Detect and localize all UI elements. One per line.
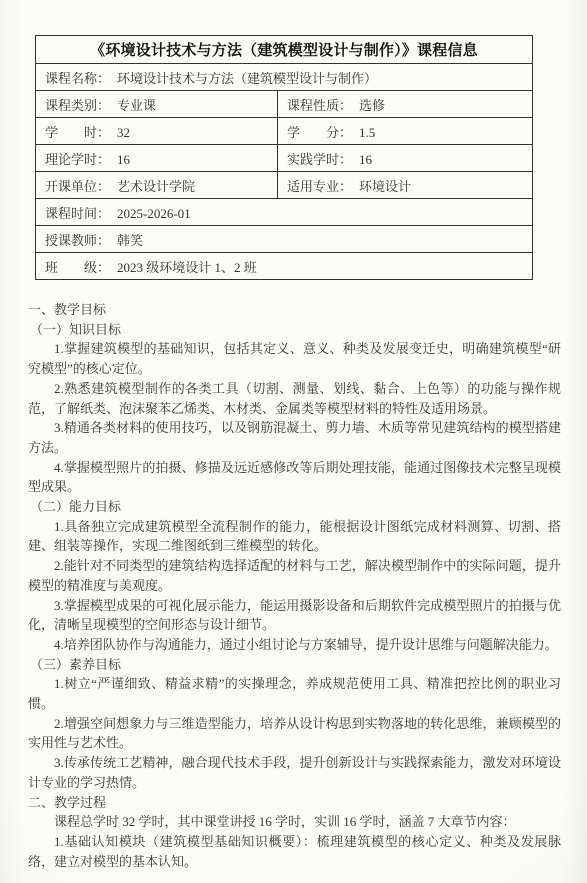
paragraph: 4.掌握模型照片的拍摄、修描及远近感修改等后期处理技能，能通过图像技术完整呈现模… [28,458,561,497]
table-row: 授课教师：韩笑 [36,226,533,253]
paragraph: 2.熟悉建筑模型制作的各类工具（切割、测量、划线、黏合、上色等）的功能与操作规范… [28,379,561,418]
course-name-label: 课程名称： [45,71,110,86]
teacher-value: 韩笑 [117,233,143,248]
section-heading-teaching-objectives: 一、教学目标 [28,300,561,320]
course-hours-value: 32 [117,125,130,140]
paragraph: 1.基础认知模块（建筑模型基础知识概要）：梳理建筑模型的核心定义、种类及发展脉络… [28,832,561,871]
document-page: 《环境设计技术与方法（建筑模型设计与制作）》课程信息 课程名称：环境设计技术与方… [0,0,587,883]
cell-course-credits: 学 分：1.5 [278,118,533,145]
paragraph: 2.增强空间想象力与三维造型能力，培养从设计构思到实物落地的转化思维，兼顾模型的… [28,714,561,753]
subsection-heading-knowledge-goals: （一）知识目标 [28,320,561,340]
table-row: 课程名称：环境设计技术与方法（建筑模型设计与制作） [36,64,533,91]
course-nature-value: 选修 [359,98,385,113]
practice-hours-value: 16 [359,152,372,167]
cell-course-term: 课程时间：2025-2026-01 [36,199,533,226]
paragraph: 1.掌握建筑模型的基础知识，包括其定义、意义、种类及发展变迁史，明确建筑模型“研… [28,339,561,378]
cell-course-hours: 学 时：32 [36,118,278,145]
class-value: 2023 级环境设计 1、2 班 [117,260,257,275]
table-row: 班 级：2023 级环境设计 1、2 班 [36,253,533,280]
paragraph: 3.精通各类材料的使用技巧，以及钢筋混凝土、剪力墙、木质等常见建筑结构的模型搭建… [28,418,561,457]
paragraph: 3.传承传统工艺精神，融合现代技术手段，提升创新设计与实践探索能力，激发对环境设… [28,753,561,792]
cell-theory-hours: 理论学时：16 [36,145,278,172]
table-row: 学 时：32 学 分：1.5 [36,118,533,145]
subsection-heading-literacy-goals: （三）素养目标 [28,655,561,675]
paragraph: 2.能针对不同类型的建筑结构选择适配的材料与工艺，解决模型制作中的实际问题，提升… [28,556,561,595]
paragraph: 1.树立“严谨细致、精益求精”的实操理念，养成规范使用工具、精准把控比例的职业习… [28,674,561,713]
cell-teacher: 授课教师：韩笑 [36,226,533,253]
course-nature-label: 课程性质： [287,98,352,113]
course-credits-label: 学 分： [287,125,352,140]
course-table-title: 《环境设计技术与方法（建筑模型设计与制作）》课程信息 [36,36,533,64]
subsection-heading-ability-goals: （二）能力目标 [28,497,561,517]
table-row: 《环境设计技术与方法（建筑模型设计与制作）》课程信息 [36,36,533,64]
theory-hours-value: 16 [117,152,130,167]
major-label: 适用专业： [287,179,352,194]
practice-hours-label: 实践学时： [287,152,352,167]
department-value: 艺术设计学院 [117,179,195,194]
paragraph: 3.掌握模型成果的可视化展示能力，能运用摄影设备和后期软件完成模型照片的拍摄与优… [28,596,561,635]
document-body: 一、教学目标 （一）知识目标 1.掌握建筑模型的基础知识，包括其定义、意义、种类… [28,300,561,871]
cell-course-nature: 课程性质：选修 [278,91,533,118]
course-hours-label: 学 时： [45,125,110,140]
cell-department: 开课单位：艺术设计学院 [36,172,278,199]
class-label: 班 级： [45,260,110,275]
paragraph: 1.具备独立完成建筑模型全流程制作的能力，能根据设计图纸完成材料测算、切割、搭建… [28,517,561,556]
cell-practice-hours: 实践学时：16 [278,145,533,172]
cell-class: 班 级：2023 级环境设计 1、2 班 [36,253,533,280]
course-category-label: 课程类别： [45,98,110,113]
course-info-table: 《环境设计技术与方法（建筑模型设计与制作）》课程信息 课程名称：环境设计技术与方… [35,35,533,280]
course-name-value: 环境设计技术与方法（建筑模型设计与制作） [117,71,377,86]
table-row: 理论学时：16 实践学时：16 [36,145,533,172]
table-row: 开课单位：艺术设计学院 适用专业：环境设计 [36,172,533,199]
table-row: 课程类别：专业课 课程性质：选修 [36,91,533,118]
section-heading-teaching-process: 二、教学过程 [28,793,561,813]
department-label: 开课单位： [45,179,110,194]
cell-major: 适用专业：环境设计 [278,172,533,199]
teacher-label: 授课教师： [45,233,110,248]
major-value: 环境设计 [359,179,411,194]
theory-hours-label: 理论学时： [45,152,110,167]
table-row: 课程时间：2025-2026-01 [36,199,533,226]
course-term-value: 2025-2026-01 [117,206,191,221]
course-term-label: 课程时间： [45,206,110,221]
course-credits-value: 1.5 [359,125,375,140]
cell-course-name: 课程名称：环境设计技术与方法（建筑模型设计与制作） [36,64,533,91]
course-category-value: 专业课 [117,98,156,113]
cell-course-category: 课程类别：专业课 [36,91,278,118]
paragraph: 课程总学时 32 学时，其中课堂讲授 16 学时，实训 16 学时，涵盖 7 大… [28,812,561,832]
paragraph: 4.培养团队协作与沟通能力，通过小组讨论与方案辅导，提升设计思维与问题解决能力。 [28,635,561,655]
